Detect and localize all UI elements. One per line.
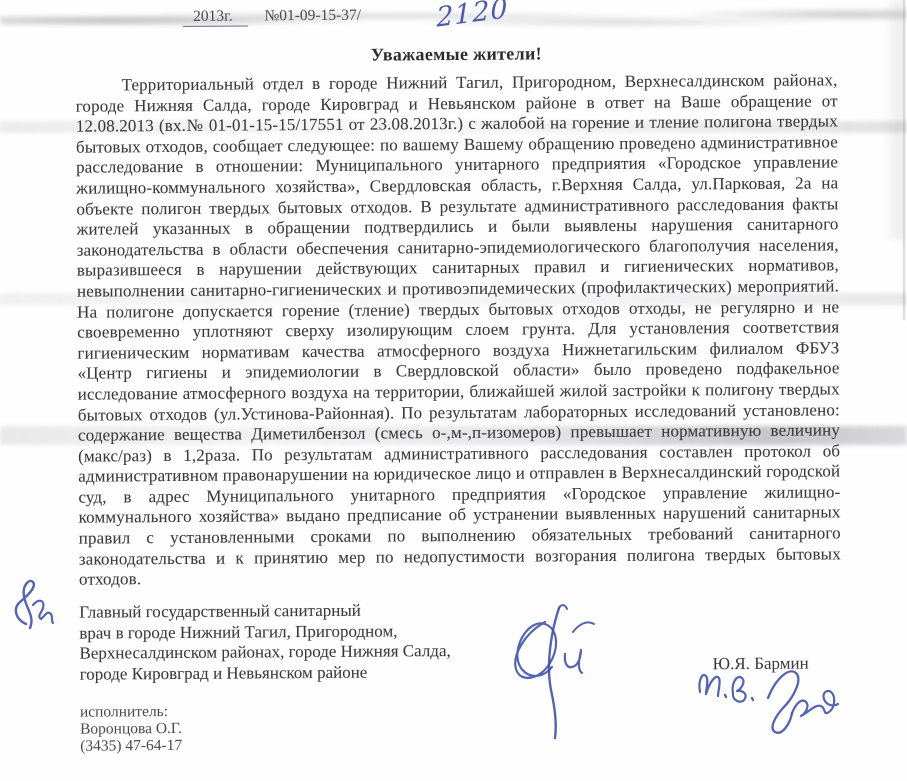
registration-header: 2013г. №01-09-15-37/ 2120: [183, 3, 837, 30]
scan-edge-line: [903, 0, 905, 320]
executor-block: исполнитель: Воронцова О.Г. (3435) 47-64…: [80, 698, 842, 755]
year-label: 2013г.: [183, 7, 249, 26]
signature-block: Главный государственный санитарный врач …: [79, 597, 842, 772]
handwritten-registration-number: 2120: [436, 0, 509, 34]
scanned-letter-page: 2013г. №01-09-15-37/ 2120 Уважаемые жите…: [0, 0, 907, 781]
letter-content: 2013г. №01-09-15-37/ 2120 Уважаемые жите…: [75, 3, 842, 772]
letter-body: Территориальный отдел в городе Нижний Та…: [75, 70, 841, 590]
letter-title: Уважаемые жители!: [75, 41, 837, 67]
signature-paraph: [6, 578, 60, 632]
document-number: №01-09-15-37/: [264, 7, 361, 25]
signer-name: Ю.Я. Бармин: [713, 653, 809, 674]
scan-edge-smudge: [883, 0, 903, 240]
